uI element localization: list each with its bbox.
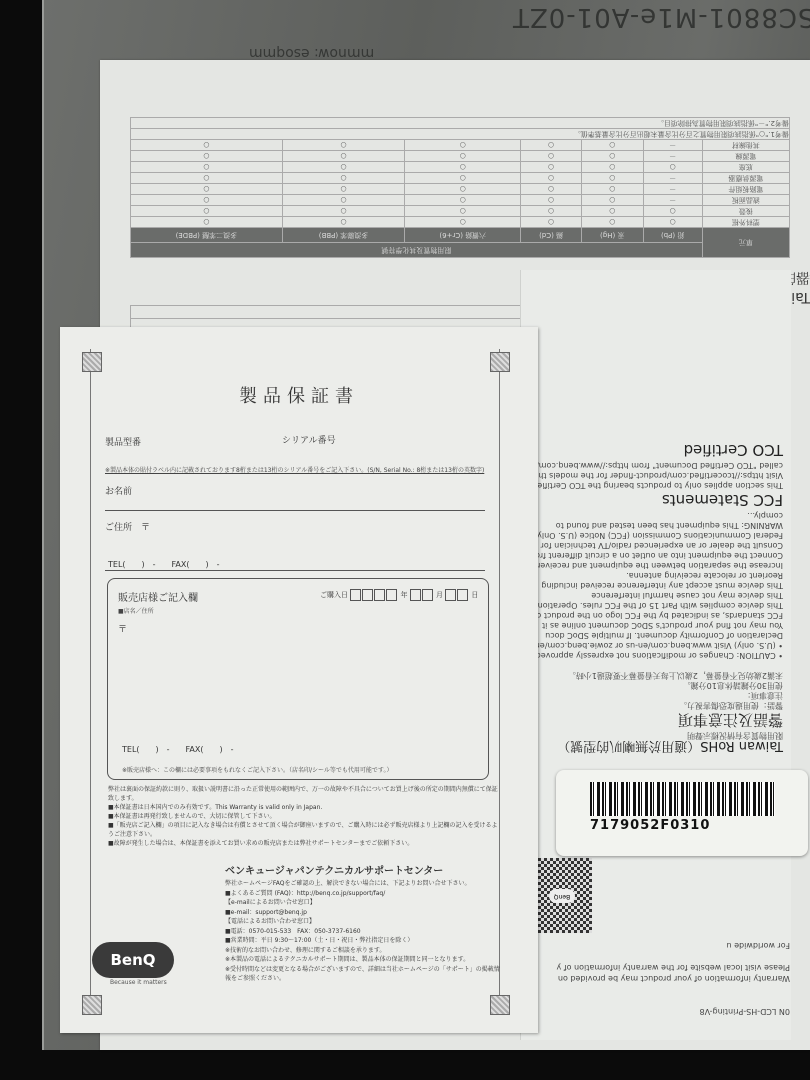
name-label: お名前: [105, 484, 132, 497]
benq-tagline: Because it matters: [110, 979, 167, 986]
text-line: Consult the dealer or an experienced rad…: [528, 540, 783, 550]
purchase-date: ご購入日 年 月 日: [320, 589, 478, 601]
worldwide-text: For worldwide u: [540, 940, 790, 951]
barcode-icon: [590, 782, 775, 816]
text-line: ■故障が発生した場合は、本保証書を添えてお買い求めの販売店または弊社サポートセン…: [108, 839, 498, 848]
warranty-info-text: Warranty information of your product may…: [540, 962, 790, 984]
shop-box-title: 販売店様ご記入欄: [118, 589, 198, 604]
tco-text: This section applies only to products be…: [528, 460, 783, 490]
text-line: Declaration of Conformity document. If m…: [528, 630, 783, 640]
name-line: [105, 510, 485, 511]
text-line: This device complies with Part 15 of the…: [528, 600, 783, 610]
purchase-date-label: ご購入日: [320, 591, 348, 599]
footer-code: 0N LCD-HS-Printing-V8: [540, 1006, 790, 1017]
fcc-text-block: Taiwan RoHS（適用於無喇叭的型號） 限用物質含有情況標示聲明 警語及注…: [528, 440, 783, 750]
safety-title: 警語及注意事項: [528, 710, 783, 730]
text-line: 【電話によるお問い合わせ窓口】: [225, 917, 500, 927]
shop-entry-box: 販売店様ご記入欄 ご購入日 年 月 日 ■店名／住所 〒 TEL( ) - FA…: [107, 578, 489, 780]
serial-note: ※製品本体の貼付ラベル内に記載されております8桁または13桁のシリアル番号をご記…: [105, 465, 495, 474]
safety-lines: 警語：使用過度恐傷害視力。注意事項：使用30分鐘請休息10分鐘。未滿2歲幼兒不看…: [528, 670, 783, 710]
text-line: This device may not cause harmful interf…: [528, 590, 783, 600]
shop-tel-fax: TEL( ) - FAX( ) -: [122, 744, 233, 755]
warranty-title: 製品保証書: [60, 382, 538, 408]
postal-mark: 〒: [118, 622, 127, 635]
tco-title: TCO Certified: [528, 440, 783, 460]
qr-code: BenQ: [532, 858, 592, 933]
bag-print-code: Q4SC8801-M1e-A01-0ZT: [512, 2, 810, 32]
text-line: Connect the equipment into an outlet on …: [528, 550, 783, 560]
warranty-info-en: 0N LCD-HS-Printing-V8 Warranty informati…: [540, 940, 790, 1017]
text-line: ※受付時間などは変更となる場合がございますので、詳細は当社ホームページの「サポー…: [225, 965, 500, 984]
rohs-table-1: 單元限用物質及其化學符號鉛 (Pb)汞 (Hg)鎘 (Cd)六價鉻 (Cr+6)…: [130, 108, 790, 258]
corner-ornament-icon: [82, 995, 102, 1015]
text-line: ■e-mail：support@benq.jp: [225, 908, 500, 918]
text-line: • (U.S. only) Visit www.benq.com/en-us o…: [528, 640, 783, 650]
shop-name-label: ■店名／住所: [118, 606, 154, 615]
address-label: ご住所 〒: [105, 520, 150, 533]
fcc-measures: Reorient or relocate receiving antenna.I…: [528, 540, 783, 580]
shop-note: ※販売店様へ：この欄には必要事項をもれなくご記入下さい。（店名印/シール等でも代…: [122, 765, 392, 774]
text-line: ■よくあるご質問 (FAQ)：http://benq.co.jp/support…: [225, 889, 500, 899]
support-lines: 弊社ホームページFAQをご確認の上、解決できない場合には、下記よりお問い合せ下さ…: [225, 879, 500, 984]
fcc-caution: • CAUTION: Changes or modifications not …: [528, 610, 783, 660]
month-label: 月: [436, 591, 443, 599]
fcc-intro: Federal Communications Commission (FCC) …: [528, 510, 783, 540]
support-center-info: ベンキュージャパンテクニカルサポートセンター 弊社ホームページFAQをご確認の上…: [225, 865, 500, 984]
corner-ornament-icon: [490, 352, 510, 372]
text-line: ■「販売店ご記入欄」の項目に記入なき場合は有償とさせて頂く場合が御座いますので、…: [108, 821, 498, 839]
barcode-number: 7179052F0310: [590, 818, 710, 833]
text-line: 使用30分鐘請休息10分鐘。: [528, 680, 783, 690]
barcode-sticker: 7179052F0310: [556, 770, 808, 856]
text-line: Increase the separation between the equi…: [528, 560, 783, 570]
address-line: [105, 570, 485, 571]
text-line: ■営業時間：平日 9:30〜17:00（土・日・祝日・弊社指定日を除く）: [225, 936, 500, 946]
text-line: 未滿2歲幼兒不看螢幕，2歲以上每天看螢幕不要超過1小時。: [528, 670, 783, 680]
benq-logo: BenQ: [92, 942, 174, 978]
text-line: ※技術的なお問い合わせ、修理に関するご相談を承ります。: [225, 946, 500, 956]
year-label: 年: [400, 591, 407, 599]
text-line: FCC standards, as indicated by the FCC l…: [528, 610, 783, 620]
tel-fax-label: TEL( ) - FAX( ) -: [108, 559, 219, 570]
warranty-notes: 弊社は裏面の保証約款に則り、取扱い説明書に沿った正常使用の範囲内で、万一の故障や…: [108, 785, 498, 848]
text-line: 警語：使用過度恐傷害視力。: [528, 700, 783, 710]
text-line: ※本製品の電話によるテクニカルサポート期間は、製品本体の保証期間と同一となります…: [225, 955, 500, 965]
text-line: 【e-mailによるお問い合せ窓口】: [225, 898, 500, 908]
text-line: This device must accept any interference…: [528, 580, 783, 590]
text-line: • CAUTION: Changes or modifications not …: [528, 650, 783, 660]
text-line: ■本保証書は日本国内でのみ有効です。This Warranty is valid…: [108, 803, 498, 812]
fcc-title: FCC Statements: [528, 490, 783, 510]
corner-ornament-icon: [82, 352, 102, 372]
model-label: 製品型番: [105, 435, 141, 448]
text-line: ■本保証書は再発行致しませんので、大切に保管して下さい。: [108, 812, 498, 821]
benq-qr-badge: BenQ: [549, 889, 575, 903]
bag-print-secondary: mmnow: esoqmm: [249, 45, 374, 61]
text-line: 弊社は裏面の保証約款に則り、取扱い説明書に沿った正常使用の範囲内で、万一の故障や…: [108, 785, 498, 803]
serial-label: シリアル番号: [282, 433, 336, 446]
text-line: Reorient or relocate receiving antenna.: [528, 570, 783, 580]
text-line: 注意事項：: [528, 690, 783, 700]
rohs-title-2: Taiwan RoHS（適用於無喇叭的型號）: [528, 740, 783, 750]
warranty-card: 製品保証書 製品型番 シリアル番号 ※製品本体の貼付ラベル内に記載されております…: [60, 327, 538, 1033]
text-line: You may not find your product's SDoC doc…: [528, 620, 783, 630]
day-label: 日: [471, 591, 478, 599]
support-title: ベンキュージャパンテクニカルサポートセンター: [225, 865, 500, 879]
text-line: ■電話：0570-015-533 FAX：050-3737-6160: [225, 927, 500, 937]
corner-ornament-icon: [490, 995, 510, 1015]
text-line: 弊社ホームページFAQをご確認の上、解決できない場合には、下記よりお問い合せ下さ…: [225, 879, 500, 889]
fcc-rules: This device complies with Part 15 of the…: [528, 580, 783, 610]
